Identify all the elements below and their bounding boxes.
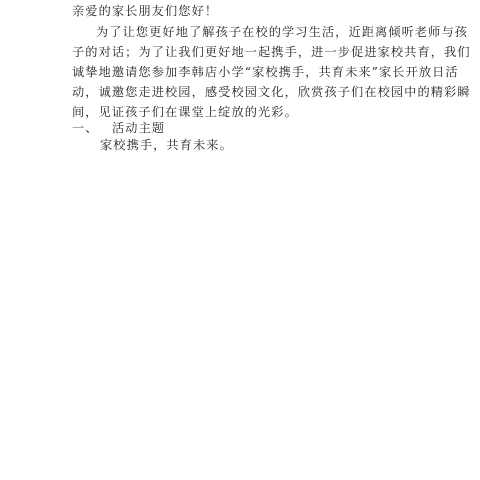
section1-number: 一、 [72, 120, 112, 136]
intro-line-2: 子的对话；为了让我们更好地一起携手，进一步促进家校共育，我们 [72, 44, 471, 60]
intro-line-1: 为了让您更好地了解孩子在校的学习生活，近距离倾听老师与孩 [96, 24, 468, 40]
section1-content: 家校携手，共育未来。 [100, 137, 233, 153]
greeting: 亲爱的家长朋友们您好！ [72, 3, 218, 19]
intro-line-5: 间，见证孩子们在课堂上绽放的光彩。 [72, 104, 298, 120]
section1-heading: 一、活动主题 [72, 120, 165, 136]
intro-line-4: 动，诚邀您走进校园，感受校园文化，欣赏孩子们在校园中的精彩瞬 [72, 84, 471, 100]
invitation-document: 亲爱的家长朋友们您好！ 为了让您更好地了解孩子在校的学习生活，近距离倾听老师与孩… [0, 0, 480, 480]
intro-line-3: 诚挚地邀请您参加李韩店小学“家校携手，共育未来”家长开放日活 [72, 64, 459, 80]
section1-title: 活动主题 [112, 121, 165, 135]
